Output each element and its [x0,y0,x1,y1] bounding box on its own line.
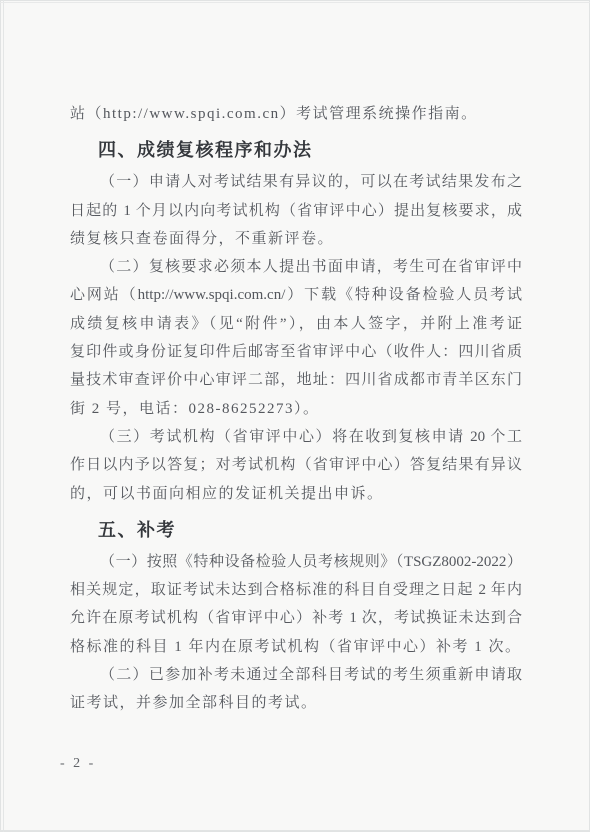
text-line: 作日以内予以答复；对考试机构（省审评中心）答复结果有异议 [70,451,522,479]
scan-edge-line [0,830,590,831]
scanned-page: 站（http://www.spqi.com.cn）考试管理系统操作指南。 四、成… [0,0,590,832]
text-line: 街 2 号，电话：028-86252273）。 [70,395,522,423]
text-line: 成绩复核申请表》（见“附件”），由本人签字，并附上准考证 [70,310,522,338]
text-line: （二）已参加补考未通过全部科目考试的考生须重新申请取 [70,661,522,689]
section-heading-5: 五、补考 [98,516,522,544]
text-line: 证考试，并参加全部科目的考试。 [70,689,522,717]
text-line: 相关规定，取证考试未达到合格标准的科目自受理之日起 2 年内 [70,576,522,604]
document-content: 站（http://www.spqi.com.cn）考试管理系统操作指南。 四、成… [70,100,522,718]
text-line: （三）考试机构（省审评中心）将在收到复核申请 20 个工 [70,423,522,451]
scan-edge-line [3,0,4,832]
paragraph: （一）按照《特种设备检验人员考核规则》（TSGZ8002-2022） 相关规定，… [70,548,522,661]
intro-continuation-line: 站（http://www.spqi.com.cn）考试管理系统操作指南。 [70,100,522,128]
text-line: 日起的 1 个月以内向考试机构（省审评中心）提出复核要求，成 [70,197,522,225]
text-line: 绩复核只查卷面得分，不重新评卷。 [70,225,522,253]
text-line: 复印件或身份证复印件后邮寄至省审评中心（收件人：四川省质 [70,338,522,366]
text-line: （一）申请人对考试结果有异议的，可以在考试结果发布之 [70,168,522,196]
paragraph: （三）考试机构（省审评中心）将在收到复核申请 20 个工 作日以内予以答复；对考… [70,423,522,508]
paragraph: （二）复核要求必须本人提出书面申请，考生可在省审评中 心网站（http://ww… [70,253,522,423]
text-line: 量技术审查评价中心审评二部，地址：四川省成都市青羊区东门 [70,366,522,394]
text-line: 的，可以书面向相应的发证机关提出申诉。 [70,480,522,508]
page-number: - 2 - [60,752,96,776]
text-line: 心网站（http://www.spqi.com.cn/）下载《特种设备检验人员考… [70,281,522,309]
text-line: 允许在原考试机构（省审评中心）补考 1 次，考试换证未达到合 [70,604,522,632]
text-line: （一）按照《特种设备检验人员考核规则》（TSGZ8002-2022） [70,548,522,576]
scan-edge-line [0,2,590,3]
text-line: （二）复核要求必须本人提出书面申请，考生可在省审评中 [70,253,522,281]
paragraph: （一）申请人对考试结果有异议的，可以在考试结果发布之 日起的 1 个月以内向考试… [70,168,522,253]
paragraph: （二）已参加补考未通过全部科目考试的考生须重新申请取 证考试，并参加全部科目的考… [70,661,522,718]
text-line: 格标准的科目 1 年内在原考试机构（省审评中心）补考 1 次。 [70,633,522,661]
section-heading-4: 四、成绩复核程序和办法 [98,136,522,164]
